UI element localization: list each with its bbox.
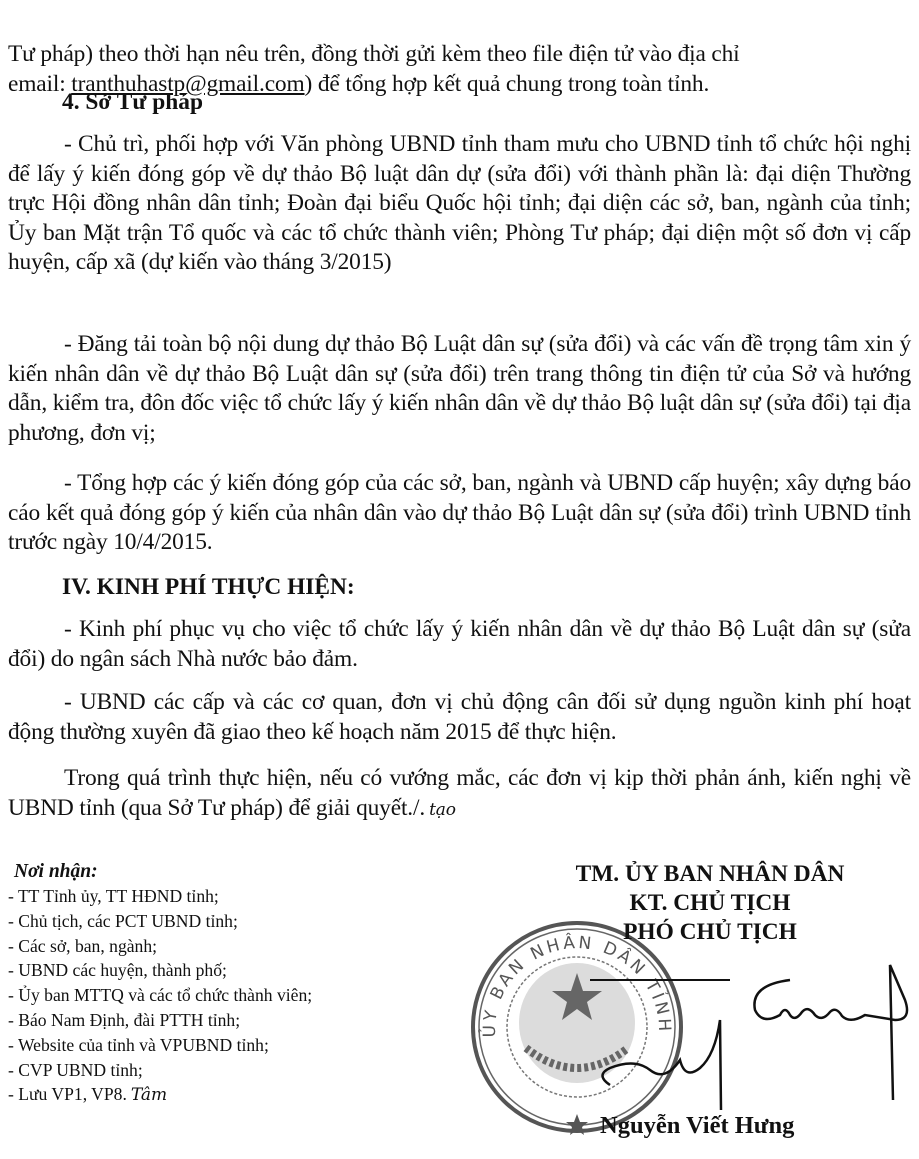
recipient-item: - Báo Nam Định, đài PTTH tỉnh; [8, 1008, 428, 1033]
handwritten-signature-icon [590, 960, 919, 1110]
paragraph-line: Tư pháp) theo thời hạn nêu trên, đồng th… [8, 40, 911, 70]
recipients-list: - TT Tỉnh ủy, TT HĐND tỉnh; - Chủ tịch, … [8, 884, 428, 1108]
closing-paragraph: Trong quá trình thực hiện, nếu có vướng … [8, 764, 911, 825]
signature-block: TM. ỦY BAN NHÂN DÂN KT. CHỦ TỊCH PHÓ CHỦ… [520, 860, 900, 947]
list-item: - Đăng tải toàn bộ nội dung dự thảo Bộ L… [8, 330, 911, 448]
closing-text: Trong quá trình thực hiện, nếu có vướng … [8, 765, 911, 821]
section-4-heading: 4. Sở Tư pháp [62, 89, 203, 116]
section-4-item-2: - Đăng tải toàn bộ nội dung dự thảo Bộ L… [8, 330, 911, 448]
list-item: - Kinh phí phục vụ cho việc tổ chức lấy … [8, 615, 911, 674]
recipient-item-text: - Lưu VP1, VP8. [8, 1084, 127, 1104]
handwritten-initials: tạo [429, 800, 456, 820]
recipient-item: - Website của tỉnh và VPUBND tỉnh; [8, 1033, 428, 1058]
list-item: - Chủ trì, phối hợp với Văn phòng UBND t… [8, 130, 911, 278]
recipient-item: - Ủy ban MTTQ và các tổ chức thành viên; [8, 983, 428, 1008]
signature-title-3: PHÓ CHỦ TỊCH [520, 918, 900, 947]
section-4-item-1: - Chủ trì, phối hợp với Văn phòng UBND t… [8, 130, 911, 278]
section-iv-item-2: - UBND các cấp và các cơ quan, đơn vị ch… [8, 688, 911, 747]
section-4-item-3: - Tổng hợp các ý kiến đóng góp của các s… [8, 469, 911, 558]
section-iv-item-1: - Kinh phí phục vụ cho việc tổ chức lấy … [8, 615, 911, 674]
recipient-item: - Các sở, ban, ngành; [8, 934, 428, 959]
recipient-item: - UBND các huyện, thành phố; [8, 958, 428, 983]
recipient-item: - Lưu VP1, VP8.Tâm [8, 1082, 428, 1108]
signature-title-1: TM. ỦY BAN NHÂN DÂN [520, 860, 900, 889]
recipients-block: Nơi nhận: - TT Tỉnh ủy, TT HĐND tỉnh; - … [8, 860, 428, 1108]
recipients-title: Nơi nhận: [14, 860, 428, 884]
signer-name: Nguyễn Viết Hưng [600, 1112, 794, 1140]
signature-title-2: KT. CHỦ TỊCH [520, 889, 900, 918]
section-iv-heading: IV. KINH PHÍ THỰC HIỆN: [62, 574, 355, 601]
list-item: - UBND các cấp và các cơ quan, đơn vị ch… [8, 688, 911, 747]
recipient-item: - Chủ tịch, các PCT UBND tỉnh; [8, 909, 428, 934]
list-item: - Tổng hợp các ý kiến đóng góp của các s… [8, 469, 911, 558]
recipient-item: - TT Tỉnh ủy, TT HĐND tỉnh; [8, 884, 428, 909]
email-suffix: ) để tổng hợp kết quả chung trong toàn t… [305, 71, 710, 97]
handwritten-initials: Tâm [131, 1085, 167, 1105]
document-page: Tư pháp) theo thời hạn nêu trên, đồng th… [0, 0, 919, 1159]
recipient-item: - CVP UBND tỉnh; [8, 1058, 428, 1083]
